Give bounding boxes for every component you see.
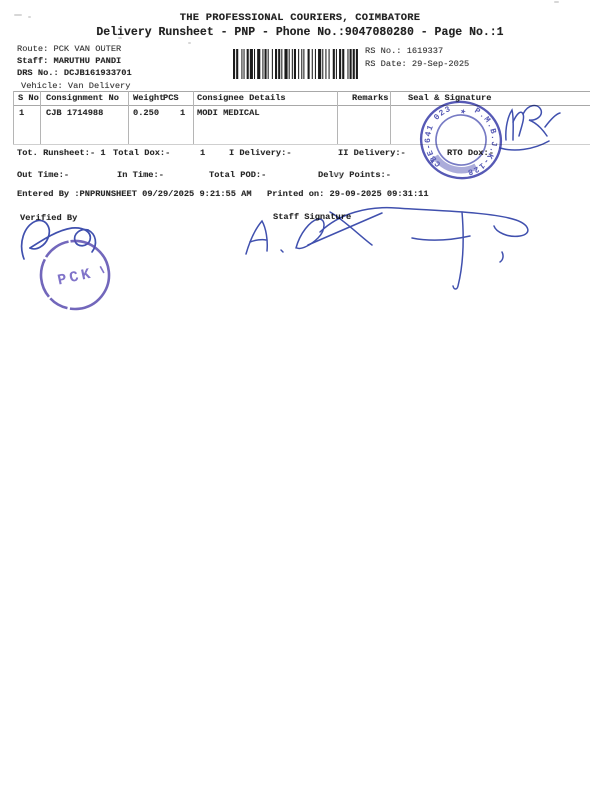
col-header-weight: Weight: [133, 94, 164, 103]
staff-signature-label: Staff Signature: [273, 213, 351, 222]
table-header-rule: [13, 105, 590, 106]
barcode-bars: [233, 49, 358, 79]
entered-by-line: Entered By :PNPRUNSHEET 09/29/2025 9:21:…: [17, 190, 252, 199]
pck-stamp-text: PCK: [56, 265, 95, 289]
runsheet-subtitle: Delivery Runsheet - PNP - Phone No.:9047…: [0, 26, 600, 39]
company-title: THE PROFESSIONAL COURIERS, COIMBATORE: [0, 12, 600, 24]
col-header-sno: S No: [18, 94, 39, 103]
row-weight: 0.250: [133, 109, 159, 118]
col-header-consignment: Consignment No: [46, 94, 119, 103]
rto-dox: RTO Dox:-: [447, 149, 494, 158]
barcode: [233, 49, 361, 79]
seal-ink-smudge: [433, 156, 476, 174]
table-vrule: [13, 91, 14, 144]
tot-runsheet: Tot. Runsheet:- 1: [17, 149, 106, 158]
printed-on-line: Printed on: 29-09-2025 09:31:11: [267, 190, 429, 199]
pck-stamp-tick: [100, 266, 104, 273]
scan-speck: [188, 42, 191, 44]
pmbjk-seal-stamp: P.M.B.J.K-128 CBE-641 023 ★ ★: [413, 93, 509, 186]
ink-overlay: P.M.B.J.K-128 CBE-641 023 ★ ★ PCK: [0, 0, 600, 800]
pck-stamp-ring: [38, 238, 113, 313]
total-dox-value: 1: [200, 149, 205, 158]
svg-text:CBE-641 023: CBE-641 023: [417, 101, 457, 170]
scan-speck: [28, 16, 31, 18]
vehicle-line: Vehicle: Van Delivery: [21, 82, 130, 91]
rs-date-line: RS Date: 29-Sep-2025: [365, 60, 469, 69]
seal-bottom-star: ★: [428, 157, 436, 166]
col-header-seal-signature: Seal & Signature: [408, 94, 491, 103]
total-dox-label: Total Dox:-: [113, 149, 170, 158]
col-header-consignee: Consignee Details: [197, 94, 286, 103]
pck-stamp: PCK: [38, 238, 113, 313]
ii-delivery: II Delivery:-: [338, 149, 406, 158]
table-vrule: [390, 91, 391, 144]
delvy-points: Delvy Points:-: [318, 171, 391, 180]
i-delivery: I Delivery:-: [229, 149, 292, 158]
scan-speck: [104, 46, 106, 48]
scan-speck: [118, 37, 122, 39]
out-time: Out Time:-: [17, 171, 69, 180]
seal-left-arc-text: CBE-641 023: [417, 101, 457, 170]
staff-line: Staff: MARUTHU PANDI: [17, 57, 121, 66]
col-header-pcs: PCS: [163, 94, 179, 103]
table-vrule: [337, 91, 338, 144]
table-vrule: [193, 91, 194, 144]
rs-no-line: RS No.: 1619337: [365, 47, 443, 56]
drs-no-line: DRS No.: DCJB161933701: [17, 69, 132, 78]
seal-outer-ring: [413, 93, 509, 186]
col-header-remarks: Remarks: [352, 94, 389, 103]
scan-speck: [14, 14, 22, 16]
scanned-runsheet-document: THE PROFESSIONAL COURIERS, COIMBATORE De…: [0, 0, 600, 800]
table-vrule: [40, 91, 41, 144]
seal-inner-ring: [431, 110, 492, 171]
verified-signature-ink: [22, 220, 96, 259]
total-pod: Total POD:-: [209, 171, 266, 180]
table-vrule: [128, 91, 129, 144]
row-sno: 1: [19, 109, 24, 118]
table-top-rule: [13, 91, 590, 92]
row-consignment-no: CJB 1714988: [46, 109, 103, 118]
in-time: In Time:-: [117, 171, 164, 180]
verified-by-label: Verified By: [20, 214, 77, 223]
row-pcs: 1: [180, 109, 185, 118]
scan-speck: [332, 173, 342, 176]
scan-speck: [554, 1, 559, 3]
row-consignee: MODI MEDICAL: [197, 109, 260, 118]
table-bottom-rule: [13, 144, 590, 145]
seal-top-star: ★: [459, 107, 467, 116]
